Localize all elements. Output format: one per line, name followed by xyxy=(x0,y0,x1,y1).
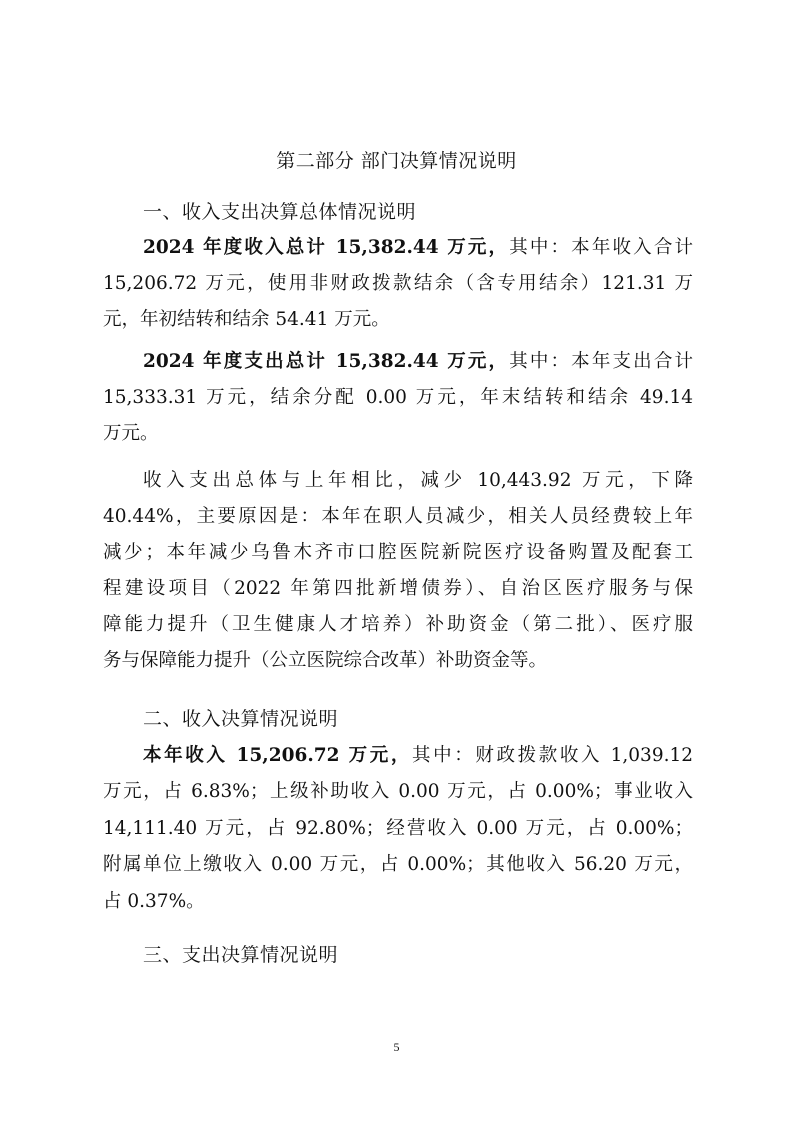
paragraph-line: 14,111.40 万元，占 92.80%；经营收入 0.00 万元，占 0.0… xyxy=(103,817,693,841)
page-title: 第二部分 部门决算情况说明 xyxy=(0,146,793,173)
section-heading-3: 三、支出决算情况说明 xyxy=(143,940,338,967)
paragraph-line: 减少；本年减少乌鲁木齐市口腔医院新院医疗设备购置及配套工 xyxy=(103,541,693,565)
paragraph-line: 本年收入 15,206.72 万元，其中：财政拨款收入 1,039.12 xyxy=(143,744,693,768)
bold-lead: 本年收入 15,206.72 万元， xyxy=(143,745,412,766)
paragraph-line: 15,206.72 万元，使用非财政拨款结余（含专用结余）121.31 万 xyxy=(103,272,693,296)
paragraph-line: 务与保障能力提升（公立医院综合改革）补助资金等。 xyxy=(103,649,693,673)
paragraph-line: 占 0.37%。 xyxy=(103,890,693,914)
bold-lead: 2024 年度支出总计 15,382.44 万元， xyxy=(143,351,509,372)
paragraph-line: 2024 年度收入总计 15,382.44 万元，其中：本年收入合计 xyxy=(143,236,693,260)
paragraph-line: 15,333.31 万元，结余分配 0.00 万元，年末结转和结余 49.14 xyxy=(103,386,693,410)
line-text: 其中：财政拨款收入 1,039.12 xyxy=(412,745,693,766)
paragraph-line: 障能力提升（卫生健康人才培养）补助资金（第二批）、医疗服 xyxy=(103,613,693,637)
bold-lead: 2024 年度收入总计 15,382.44 万元， xyxy=(143,237,509,258)
page-number: 5 xyxy=(0,1040,793,1055)
paragraph-line: 2024 年度支出总计 15,382.44 万元，其中：本年支出合计 xyxy=(143,350,693,374)
paragraph-line: 收入支出总体与上年相比，减少 10,443.92 万元，下降 xyxy=(143,469,693,493)
paragraph-line: 万元。 xyxy=(103,422,693,446)
document-page: 第二部分 部门决算情况说明 一、收入支出决算总体情况说明 2024 年度收入总计… xyxy=(0,0,793,1122)
paragraph-line: 附属单位上缴收入 0.00 万元，占 0.00%；其他收入 56.20 万元， xyxy=(103,853,693,877)
section-heading-1: 一、收入支出决算总体情况说明 xyxy=(143,197,416,224)
line-text: 其中：本年支出合计 xyxy=(509,351,693,372)
paragraph-line: 40.44%，主要原因是：本年在职人员减少，相关人员经费较上年 xyxy=(103,505,693,529)
paragraph-line: 元，年初结转和结余 54.41 万元。 xyxy=(103,308,693,332)
paragraph-line: 程建设项目（2022 年第四批新增债券）、自治区医疗服务与保 xyxy=(103,577,693,601)
paragraph-line: 万元，占 6.83%；上级补助收入 0.00 万元，占 0.00%；事业收入 xyxy=(103,780,693,804)
section-heading-2: 二、收入决算情况说明 xyxy=(143,704,338,731)
line-text: 其中：本年收入合计 xyxy=(509,237,693,258)
